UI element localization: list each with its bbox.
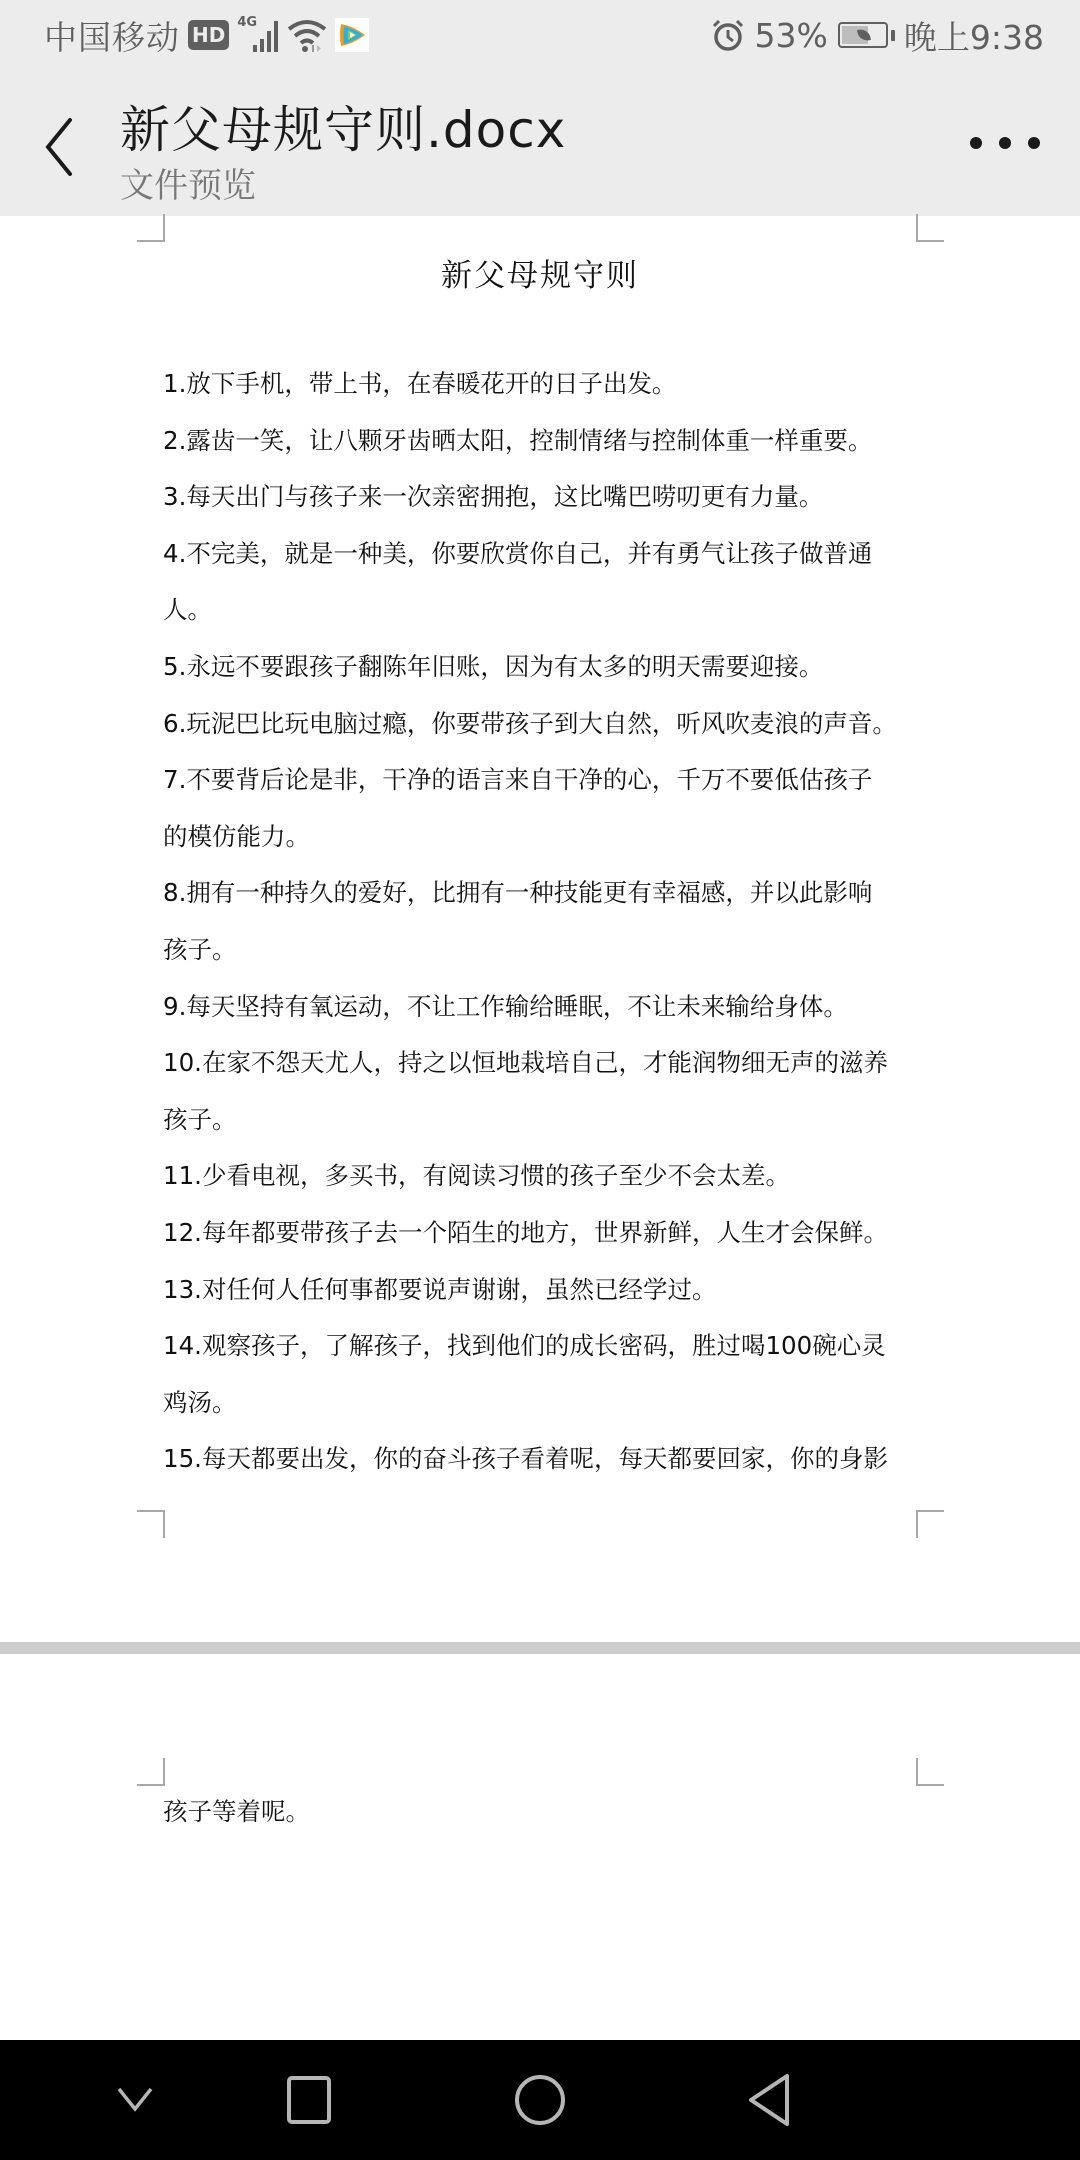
paragraph-line: 6.玩泥巴比玩电脑过瘾，你要带孩子到大自然，听风吹麦浪的声音。 (163, 696, 923, 753)
paragraph-line: 孩子。 (163, 922, 923, 979)
more-dot (999, 137, 1011, 149)
square-icon (284, 2075, 334, 2125)
paragraph-line: 4.不完美，就是一种美，你要欣赏你自己，并有勇气让孩子做普通 (163, 526, 923, 583)
status-bar-left: 中国移动 HD 4G (44, 12, 369, 58)
paragraph-line: 1.放下手机，带上书，在春暖花开的日子出发。 (163, 356, 923, 413)
document-preview[interactable]: 新父母规守则 1.放下手机，带上书，在春暖花开的日子出发。 2.露齿一笑，让八颗… (0, 216, 1080, 2040)
circle-icon (512, 2072, 568, 2128)
document-body: 1.放下手机，带上书，在春暖花开的日子出发。 2.露齿一笑，让八颗牙齿晒太阳，控… (163, 356, 923, 1488)
paragraph-line: 8.拥有一种持久的爱好，比拥有一种技能更有幸福感，并以此影响 (163, 865, 923, 922)
paragraph-line: 鸡汤。 (163, 1375, 923, 1432)
triangle-back-icon (745, 2072, 795, 2128)
page-margin-mark (137, 1758, 165, 1786)
battery-percent: 53% (755, 16, 828, 55)
home-button[interactable] (495, 2060, 585, 2140)
paragraph-line: 10.在家不怨天尤人，持之以恒地栽培自己，才能润物细无声的滋养 (163, 1035, 923, 1092)
paragraph-line: 15.每天都要出发，你的奋斗孩子看着呢，每天都要回家，你的身影 (163, 1431, 923, 1488)
paragraph-line: 7.不要背后论是非，干净的语言来自干净的心，千万不要低估孩子 (163, 752, 923, 809)
hd-icon: HD (188, 20, 229, 50)
status-bar: 中国移动 HD 4G (0, 0, 1080, 70)
signal-icon: 4G (237, 15, 279, 55)
clock: 晚上9:38 (904, 12, 1044, 59)
back-button[interactable] (36, 110, 86, 180)
page-margin-mark (916, 1510, 944, 1538)
recents-button[interactable] (264, 2060, 354, 2140)
paragraph-line: 人。 (163, 582, 923, 639)
battery-icon (838, 22, 888, 48)
file-title: 新父母规守则.docx (120, 90, 566, 162)
status-bar-right: 53% 晚上9:38 (711, 12, 1044, 58)
chevron-left-icon (36, 110, 86, 180)
carrier-name: 中国移动 (44, 12, 180, 59)
paragraph-line: 12.每年都要带孩子去一个陌生的地方，世界新鲜，人生才会保鲜。 (163, 1205, 923, 1262)
page-margin-mark (916, 1758, 944, 1786)
page-separator (0, 1642, 1080, 1654)
more-dot (1028, 137, 1040, 149)
page-margin-mark (916, 214, 944, 242)
system-navigation-bar (0, 2040, 1080, 2160)
page-2-paragraph: 孩子等着呢。 (163, 1792, 310, 1832)
hide-keyboard-button[interactable] (90, 2060, 180, 2140)
more-horizontal-icon (970, 137, 982, 149)
document-title: 新父母规守则 (0, 250, 1080, 295)
wifi-icon (287, 17, 327, 53)
tencent-video-icon (335, 18, 369, 52)
paragraph-line: 13.对任何人任何事都要说声谢谢，虽然已经学过。 (163, 1262, 923, 1319)
paragraph-line: 孩子。 (163, 1092, 923, 1149)
chevron-down-icon (115, 2085, 155, 2115)
paragraph-line: 的模仿能力。 (163, 809, 923, 866)
paragraph-line: 9.每天坚持有氧运动，不让工作输给睡眠，不让未来输给身体。 (163, 979, 923, 1036)
paragraph-line: 3.每天出门与孩子来一次亲密拥抱，这比嘴巴唠叨更有力量。 (163, 469, 923, 526)
alarm-icon (711, 18, 745, 52)
page-margin-mark (137, 214, 165, 242)
paragraph-line: 5.永远不要跟孩子翻陈年旧账，因为有太多的明天需要迎接。 (163, 639, 923, 696)
file-subtitle: 文件预览 (120, 158, 256, 207)
paragraph-line: 14.观察孩子，了解孩子，找到他们的成长密码，胜过喝100碗心灵 (163, 1318, 923, 1375)
back-nav-button[interactable] (725, 2060, 815, 2140)
paragraph-line: 11.少看电视，多买书，有阅读习惯的孩子至少不会太差。 (163, 1148, 923, 1205)
app-bar: 新父母规守则.docx 文件预览 (0, 70, 1080, 216)
paragraph-line: 2.露齿一笑，让八颗牙齿晒太阳，控制情绪与控制体重一样重要。 (163, 413, 923, 470)
more-options-button[interactable] (970, 128, 1040, 158)
page-margin-mark (137, 1510, 165, 1538)
